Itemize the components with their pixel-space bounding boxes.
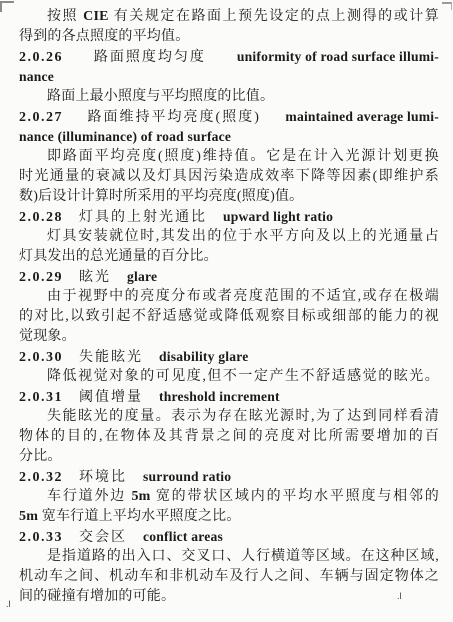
body-line: 分比。 [19, 447, 439, 467]
body-line: 得到的各点照度的平均值。 [19, 27, 439, 47]
term-heading-2-0-31: 2.0.31 阈值增量 threshold increment [19, 387, 439, 407]
body-text: 宽的带状区域内的平均水平照度与相邻的 [151, 489, 440, 504]
scan-corner-mark-top-left [0, 1, 14, 12]
body-line: 按照 CIE 有关规定在路面上预先设定的点上测得的或计算 [19, 7, 439, 27]
body-line: 降低视觉对象的可见度,但不一定产生不舒适感觉的眩光。 [19, 367, 439, 387]
body-line: 是指道路的出入口、交叉口、人行横道等区域。在这种区域, [19, 547, 439, 567]
body-line: 的对比,以致引起不舒适感觉或降低观察目标或细部的能力的视 [19, 307, 439, 327]
term-chinese: 灯具的上射光通比 [79, 208, 207, 228]
body-text: 按照 [47, 9, 83, 24]
body-line: 5m 宽车行道上平均水平照度之比。 [19, 507, 439, 527]
body-text: 车行道外边 [47, 489, 131, 504]
term-chinese: 失能眩光 [79, 348, 143, 368]
definition-paragraph: 是指道路的出入口、交叉口、人行横道等区域。在这种区域, 机动车之间、机动车和非机… [19, 547, 439, 607]
term-number: 2.0.33 [19, 528, 63, 548]
term-heading-2-0-27: 2.0.27 路面维持平均亮度(照度) maintained average l… [19, 107, 439, 127]
body-line: 数)后设计计算时所采用的平均亮度(照度)值。 [19, 187, 439, 207]
term-heading-2-0-33: 2.0.33 交会区 conflict areas [19, 527, 439, 547]
value-5m: 5m [19, 509, 38, 524]
term-chinese: 阈值增量 [79, 388, 143, 408]
term-english-continuation: nance (illuminance) of road surface [19, 127, 439, 147]
term-number: 2.0.32 [19, 468, 63, 488]
body-line: 灯具安装就位时,其发出的位于水平方向及以上的光通量占 [19, 227, 439, 247]
term-english: surround ratio [143, 467, 231, 487]
term-number: 2.0.30 [19, 348, 63, 368]
term-english: threshold increment [159, 387, 280, 407]
term-heading-2-0-32: 2.0.32 环境比 surround ratio [19, 467, 439, 487]
definition-paragraph: 失能眩光的度量。表示为存在眩光源时,为了达到同样看清 物体的目的,在物体及其背景… [19, 407, 439, 467]
term-english-continuation: nance [19, 67, 439, 87]
body-line: 路面上最小照度与平均照度的比值。 [19, 87, 439, 107]
definition-paragraph: 灯具安装就位时,其发出的位于水平方向及以上的光通量占 灯具发出的总光通量的百分比… [19, 227, 439, 267]
definition-paragraph: 降低视觉对象的可见度,但不一定产生不舒适感觉的眩光。 [19, 367, 439, 387]
scan-corner-mark-top-right [442, 2, 452, 10]
body-line: 机动车之间、机动车和非机动车及行人之间、车辆与固定物体之 [19, 567, 439, 587]
scanned-standard-page: .l .l 按照 CIE 有关规定在路面上预先设定的点上测得的或计算 得到的各点… [0, 0, 453, 622]
term-english: maintained average lumi- [285, 107, 439, 127]
definition-paragraph: 由于视野中的亮度分布或者亮度范围的不适宜,或存在极端 的对比,以致引起不舒适感觉… [19, 287, 439, 347]
term-chinese: 路面照度均匀度 [94, 48, 206, 68]
body-line: 时光通量的衰减以及灯具因污染造成效率下降等因素(即维护系 [19, 167, 439, 187]
body-line: 灯具发出的总光通量的百分比。 [19, 247, 439, 267]
terminology-section: 按照 CIE 有关规定在路面上预先设定的点上测得的或计算 得到的各点照度的平均值… [19, 7, 439, 607]
term-number: 2.0.31 [19, 388, 63, 408]
body-line: 物体的目的,在物体及其背景之间的亮度对比所需要增加的百 [19, 427, 439, 447]
term-number: 2.0.26 [19, 48, 63, 68]
definition-paragraph: 路面上最小照度与平均照度的比值。 [19, 87, 439, 107]
term-english: uniformity of road surface illumi- [237, 47, 439, 67]
body-text: 有关规定在路面上预先设定的点上测得的或计算 [109, 9, 439, 24]
body-line: 觉现象。 [19, 327, 439, 347]
term-heading-2-0-28: 2.0.28 灯具的上射光通比 upward light ratio [19, 207, 439, 227]
term-english: glare [127, 267, 157, 287]
body-line: 间的碰撞有增加的可能。 [19, 587, 439, 607]
term-chinese: 路面维持平均亮度(照度) [88, 108, 261, 128]
body-line: 失能眩光的度量。表示为存在眩光源时,为了达到同样看清 [19, 407, 439, 427]
term-chinese: 环境比 [79, 468, 127, 488]
term-heading-2-0-26: 2.0.26 路面照度均匀度 uniformity of road surfac… [19, 47, 439, 67]
definition-paragraph: 即路面平均亮度(照度)维持值。它是在计入光源计划更换 时光通量的衰减以及灯具因污… [19, 147, 439, 207]
term-chinese: 眩光 [79, 268, 111, 288]
body-line: 车行道外边 5m 宽的带状区域内的平均水平照度与相邻的 [19, 487, 439, 507]
body-line: 由于视野中的亮度分布或者亮度范围的不适宜,或存在极端 [19, 287, 439, 307]
definition-paragraph: 车行道外边 5m 宽的带状区域内的平均水平照度与相邻的 5m 宽车行道上平均水平… [19, 487, 439, 527]
term-number: 2.0.27 [19, 108, 63, 128]
term-number: 2.0.29 [19, 268, 63, 288]
term-english: upward light ratio [223, 207, 333, 227]
term-english: conflict areas [143, 527, 223, 547]
scan-artifact-bottom-left: .l [6, 600, 11, 609]
term-chinese: 交会区 [79, 528, 127, 548]
term-english: disability glare [159, 347, 248, 367]
term-number: 2.0.28 [19, 208, 63, 228]
term-heading-2-0-30: 2.0.30 失能眩光 disability glare [19, 347, 439, 367]
value-5m: 5m [131, 489, 150, 504]
abbr-cie: CIE [83, 9, 109, 24]
body-line: 即路面平均亮度(照度)维持值。它是在计入光源计划更换 [19, 147, 439, 167]
body-text: 宽车行道上平均水平照度之比。 [38, 509, 241, 524]
term-heading-2-0-29: 2.0.29 眩光 glare [19, 267, 439, 287]
definition-paragraph: 按照 CIE 有关规定在路面上预先设定的点上测得的或计算 得到的各点照度的平均值… [19, 7, 439, 47]
